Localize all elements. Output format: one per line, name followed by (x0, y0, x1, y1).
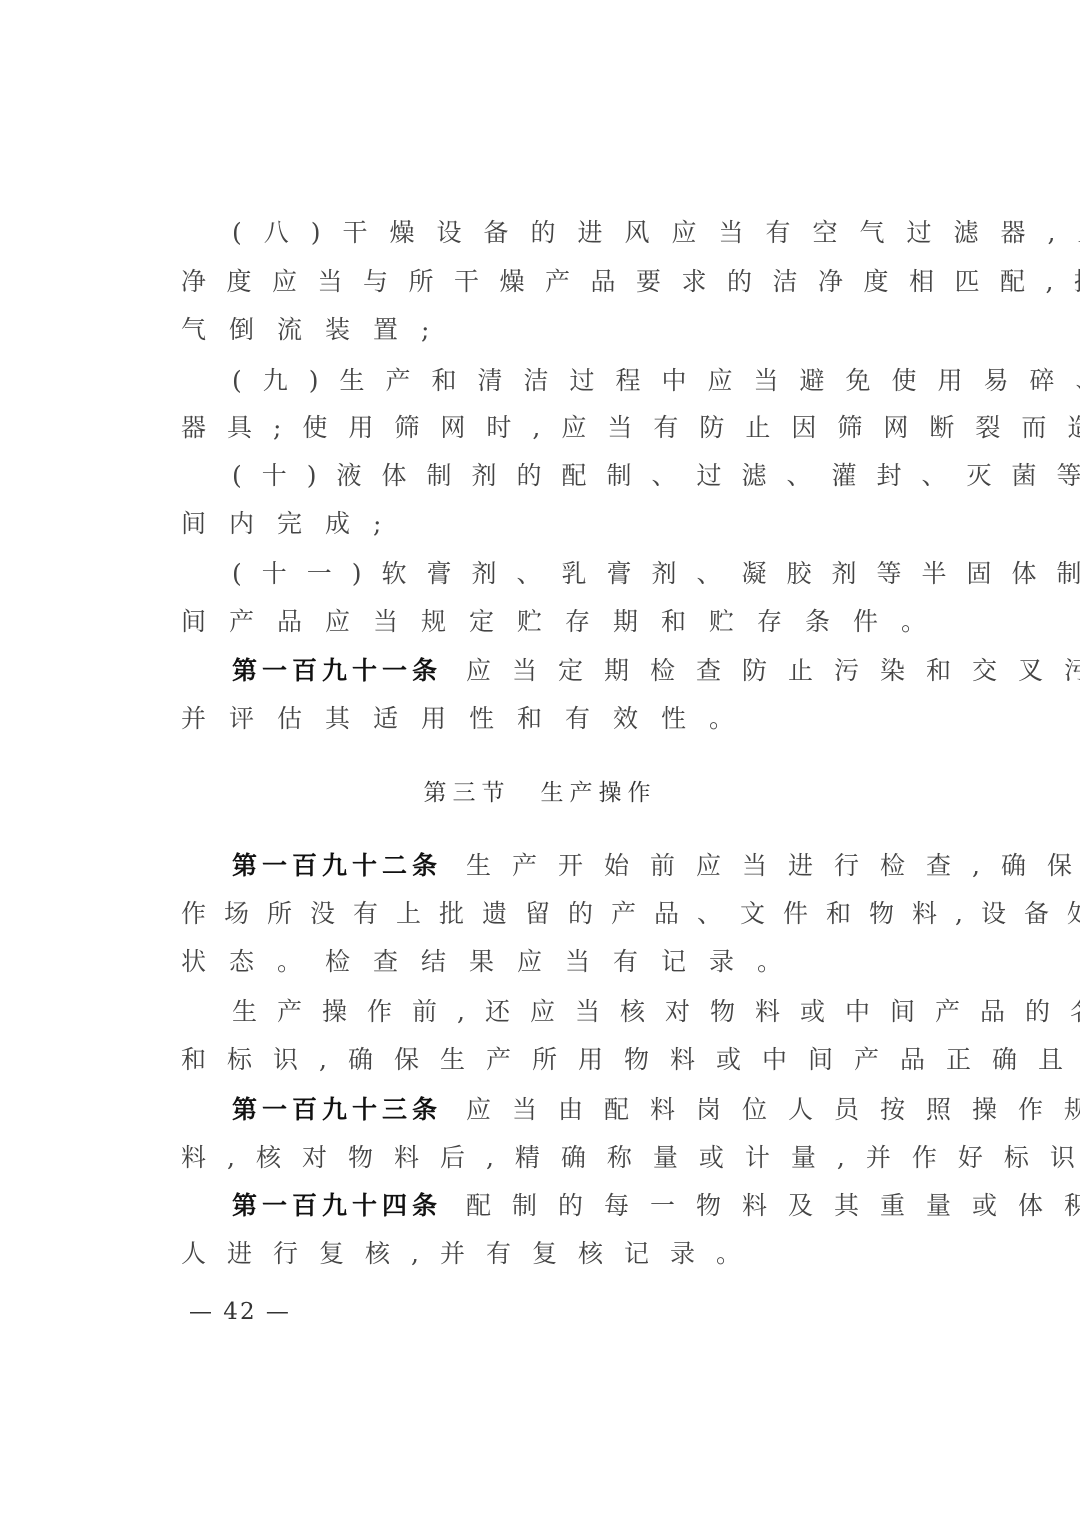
article-192-line-1: 第一百九十二条生产开始前应当进行检查,确保设备和工 (232, 846, 972, 886)
item-8-line-2: 净度应当与所干燥产品要求的洁净度相匹配,排风应当有防止空 (181, 262, 921, 302)
article-191-text: 应当定期检查防止污染和交叉污染的措施 (466, 656, 1080, 685)
article-193-number: 第一百九十三条 (232, 1095, 442, 1124)
article-193-text: 应当由配料岗位人员按照操作规程进行配 (466, 1095, 1080, 1124)
article-193-line-2: 料,核对物料后,精确称量或计量,并作好标识。 (181, 1138, 921, 1178)
item-9-line-2: 器具;使用筛网时,应当有防止因筛网断裂而造成污染的措施; (181, 408, 921, 448)
article-193-line-1: 第一百九十三条应当由配料岗位人员按照操作规程进行配 (232, 1090, 972, 1130)
item-10-line-2: 间内完成; (181, 504, 921, 544)
article-194-line-1: 第一百九十四条配制的每一物料及其重量或体积应当由他 (232, 1186, 972, 1226)
document-page: (八)干燥设备的进风应当有空气过滤器,且过滤后的空气洁 净度应当与所干燥产品要求… (0, 0, 1080, 1529)
item-9-line-1: (九)生产和清洁过程中应当避免使用易碎、易脱屑、易发霉 (232, 361, 972, 401)
section-heading: 第三节生产操作 (0, 773, 1080, 813)
article-191-line-2: 并评估其适用性和有效性。 (181, 699, 921, 739)
article-192-para-2-line-2: 和标识,确保生产所用物料或中间产品正确且符合要求。 (181, 1040, 921, 1080)
article-194-number: 第一百九十四条 (232, 1191, 442, 1220)
item-8-line-1: (八)干燥设备的进风应当有空气过滤器,且过滤后的空气洁 (232, 213, 972, 253)
item-11-line-1: (十一)软膏剂、乳膏剂、凝胶剂等半固体制剂以及栓剂的中 (232, 554, 972, 594)
item-10-line-1: (十)液体制剂的配制、过滤、灌封、灭菌等工序应当在规定时 (232, 456, 972, 496)
article-192-line-2: 作场所没有上批遗留的产品、文件和物料,设备处于已清洁及待用 (181, 894, 921, 934)
article-192-para-2-line-1: 生产操作前,还应当核对物料或中间产品的名称、代码、批号 (232, 992, 972, 1032)
item-11-line-2: 间产品应当规定贮存期和贮存条件。 (181, 602, 921, 642)
item-8-line-3: 气倒流装置; (181, 310, 921, 350)
article-192-line-3: 状态。检查结果应当有记录。 (181, 942, 921, 982)
page-number: — 42 — (189, 1294, 291, 1330)
article-191-number: 第一百九十一条 (232, 656, 442, 685)
article-192-number: 第一百九十二条 (232, 851, 442, 880)
section-title: 生产操作 (541, 780, 657, 806)
article-194-line-2: 人进行复核,并有复核记录。 (181, 1234, 921, 1274)
article-192-text: 生产开始前应当进行检查,确保设备和工 (466, 851, 1080, 880)
section-number: 第三节 (424, 780, 511, 806)
article-194-text: 配制的每一物料及其重量或体积应当由他 (466, 1191, 1080, 1220)
article-191-line-1: 第一百九十一条应当定期检查防止污染和交叉污染的措施 (232, 651, 972, 691)
